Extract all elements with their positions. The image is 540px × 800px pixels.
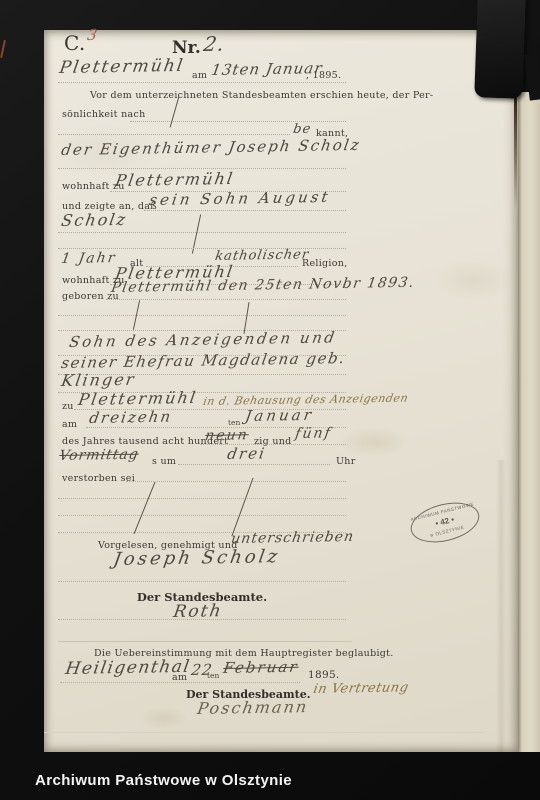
age-value: 1 Jahr	[60, 250, 118, 267]
adjacent-page-edge	[518, 92, 540, 752]
died-label: verstorben sei	[62, 473, 135, 484]
page-crease	[496, 460, 506, 752]
register-page: C. 3 Nr. 2. Plettermühl am 13ten Januar …	[44, 30, 518, 752]
ruled-line	[58, 134, 290, 135]
ink-stroke-slash	[231, 478, 253, 537]
death-month-value: Januar	[244, 406, 315, 425]
announce-value: sein Sohn August	[148, 188, 332, 209]
certification-year: 1895.	[308, 669, 340, 681]
ruled-line	[106, 299, 346, 300]
death-time-mid: s um	[152, 456, 176, 467]
page-gutter-crack	[514, 94, 517, 209]
parents-line1: Sohn des Anzeigenden und	[68, 328, 338, 351]
death-time-value1: Vormittag	[58, 447, 140, 464]
ruled-line	[58, 581, 346, 582]
intro-line1: Vor dem unterzeichneten Standesbeamten e…	[90, 90, 433, 101]
ruled-line	[144, 210, 346, 211]
ruled-line	[126, 481, 346, 482]
declarant-residence-value: Plettermühl	[114, 169, 236, 190]
ruled-line	[58, 232, 346, 233]
ruled-line	[58, 498, 346, 499]
ruled-line	[58, 619, 346, 620]
death-time-value2: drei	[226, 444, 267, 463]
ruled-line	[58, 515, 346, 516]
fold-crease-line	[44, 732, 484, 733]
ruled-line	[178, 464, 330, 465]
certification-registrar-note: in Vertretung	[312, 680, 410, 697]
death-day-label: am	[62, 419, 77, 430]
ruled-line	[58, 315, 346, 316]
ruled-line	[200, 444, 346, 445]
ruled-line	[130, 121, 346, 122]
record-number-value: 2.	[202, 32, 227, 56]
death-place-label: zu	[62, 401, 74, 412]
corner-letter: C.	[64, 31, 86, 55]
known-hand: be	[292, 122, 312, 137]
archive-stamp: ARCHIWUM PAŃSTWOWE • 42 • w OLSZTYNIE	[407, 496, 484, 549]
ruled-line	[58, 82, 346, 83]
header-place: Plettermühl	[58, 56, 186, 78]
religion-label: Religion,	[302, 258, 348, 269]
header-am-label: am	[192, 70, 207, 81]
parents-line2: seiner Ehefrau Magdalena geb.	[60, 349, 347, 372]
intro-line2: sönlichkeit nach	[62, 109, 146, 120]
certification-signature: Poschmann	[196, 697, 310, 718]
section-divider	[58, 641, 352, 642]
archive-scan-viewer: { "page": { "corner": { "letter": "C.", …	[0, 0, 540, 800]
closing-hand: unterschrieben	[230, 529, 355, 547]
death-place-value: Plettermühl	[77, 388, 199, 409]
declarant-line: der Eigenthümer Joseph Scholz	[60, 136, 362, 159]
death-year-unit: fünf	[294, 425, 333, 442]
announce-value2: Scholz	[60, 210, 129, 230]
corner-number: 3	[86, 26, 99, 44]
death-time-suffix: Uhr	[336, 456, 356, 467]
margin-red-mark	[0, 40, 6, 58]
death-year-tens: neun	[204, 427, 250, 444]
certification-month: Februar	[222, 658, 300, 677]
header-year: , 1895.	[306, 70, 341, 81]
death-day-suffix: ten	[228, 418, 240, 427]
ink-stroke-slash	[170, 96, 180, 127]
ink-stroke-slash	[134, 482, 156, 534]
declarant-signature: Joseph Scholz	[112, 546, 282, 570]
binding-clip	[474, 0, 526, 99]
ruled-line	[60, 682, 300, 683]
certification-ten: ten	[207, 671, 219, 680]
parents-line3: Klinger	[60, 370, 137, 390]
death-day-value: dreizehn	[88, 408, 174, 427]
archive-footer-label: Archiwum Państwowe w Olsztynie	[35, 772, 292, 789]
